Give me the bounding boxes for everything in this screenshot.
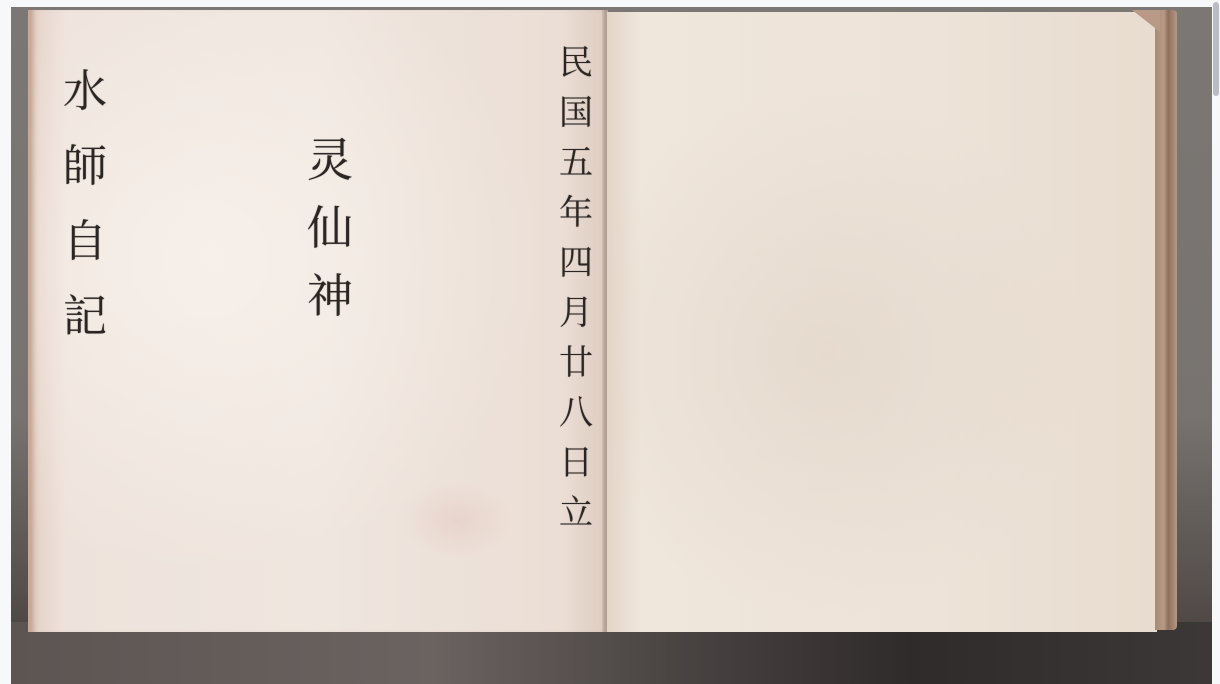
- date-char: 国: [559, 96, 593, 130]
- date-char: 四: [559, 246, 593, 280]
- scrollbar-thumb[interactable]: [1213, 2, 1219, 96]
- deity-char: 仙: [307, 205, 353, 251]
- page-stack-edge: [1155, 10, 1177, 630]
- faded-seal-stain: [401, 480, 511, 560]
- title-char: 水: [63, 70, 107, 114]
- left-page: 水 師 自 記 灵 仙 神 民 国 五 年 四 月 廿 八 日 立: [28, 10, 608, 632]
- title-column: 水 師 自 記: [63, 70, 107, 339]
- date-char: 日: [559, 446, 593, 480]
- deity-char: 灵: [307, 137, 353, 183]
- date-char: 立: [559, 496, 593, 530]
- date-char: 月: [559, 296, 593, 330]
- vertical-scrollbar[interactable]: [1212, 0, 1220, 684]
- date-char: 八: [559, 396, 593, 430]
- date-column: 民 国 五 年 四 月 廿 八 日 立: [559, 46, 593, 530]
- date-char: 五: [559, 146, 593, 180]
- date-char: 民: [559, 46, 593, 80]
- photo-viewport: 水 師 自 記 灵 仙 神 民 国 五 年 四 月 廿 八 日 立: [11, 7, 1212, 684]
- deity-column: 灵 仙 神: [307, 137, 353, 319]
- title-char: 自: [63, 220, 107, 264]
- open-book: 水 師 自 記 灵 仙 神 民 国 五 年 四 月 廿 八 日 立: [24, 10, 1174, 636]
- deity-char: 神: [307, 273, 353, 319]
- date-char: 年: [559, 196, 593, 230]
- title-char: 師: [63, 145, 107, 189]
- right-page-blank: [607, 12, 1157, 632]
- date-char: 廿: [559, 346, 593, 380]
- title-char: 記: [63, 295, 107, 339]
